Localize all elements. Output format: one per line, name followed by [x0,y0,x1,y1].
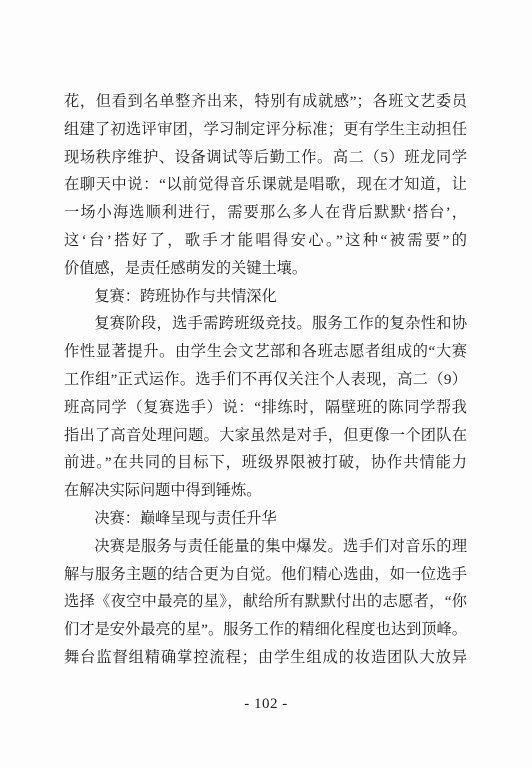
text-line: 前进。”在共同的目标下，班级界限被打破，协作共情能力 [64,449,467,477]
text-line: 作性显著提升。由学生会文艺部和各班志愿者组成的“大赛 [64,338,467,366]
text-line: 价值感，是责任感萌发的关键土壤。 [64,255,467,283]
text-line: 花，但看到名单整齐出来，特别有成就感”；各班文艺委员 [64,88,467,116]
page-number: - 102 - [0,693,532,715]
text-line: 在解决实际问题中得到锤炼。 [64,477,467,505]
text-line: 指出了高音处理问题。大家虽然是对手，但更像一个团队在 [64,422,467,450]
section-heading-final: 决赛：巅峰呈现与责任升华 [64,505,467,533]
text-line: 们才是安外最亮的星”。服务工作的精细化程度也达到顶峰。 [64,616,467,644]
text-line: 复赛阶段，选手需跨班级竞技。服务工作的复杂性和协 [64,310,467,338]
document-page: 花，但看到名单整齐出来，特别有成就感”；各班文艺委员 组建了初选评审团，学习制定… [0,0,532,768]
text-line: 组建了初选评审团，学习制定评分标准；更有学生主动担任 [64,116,467,144]
text-line: 选择《夜空中最亮的星》，献给所有默默付出的志愿者，“你 [64,588,467,616]
text-line: 现场秩序维护、设备调试等后勤工作。高二（5）班龙同学 [64,144,467,172]
text-line: 这‘台’搭好了，歌手才能唱得安心。”这种“被需要”的 [64,227,467,255]
section-heading-semifinal: 复赛：跨班协作与共情深化 [64,283,467,311]
text-block: 花，但看到名单整齐出来，特别有成就感”；各班文艺委员 组建了初选评审团，学习制定… [64,88,467,672]
text-line: 决赛是服务与责任能量的集中爆发。选手们对音乐的理 [64,533,467,561]
text-line: 班高同学（复赛选手）说：“排练时，隔壁班的陈同学帮我 [64,394,467,422]
text-line: 工作组”正式运作。选手们不再仅关注个人表现，高二（9） [64,366,467,394]
text-line: 解与服务主题的结合更为自觉。他们精心选曲，如一位选手 [64,561,467,589]
text-line: 舞台监督组精确掌控流程；由学生组成的妆造团队大放异彩， [64,644,467,672]
text-line: 在聊天中说：“以前觉得音乐课就是唱歌，现在才知道，让 [64,171,467,199]
text-line: 一场小海选顺利进行，需要那么多人在背后默默‘搭台’， [64,199,467,227]
